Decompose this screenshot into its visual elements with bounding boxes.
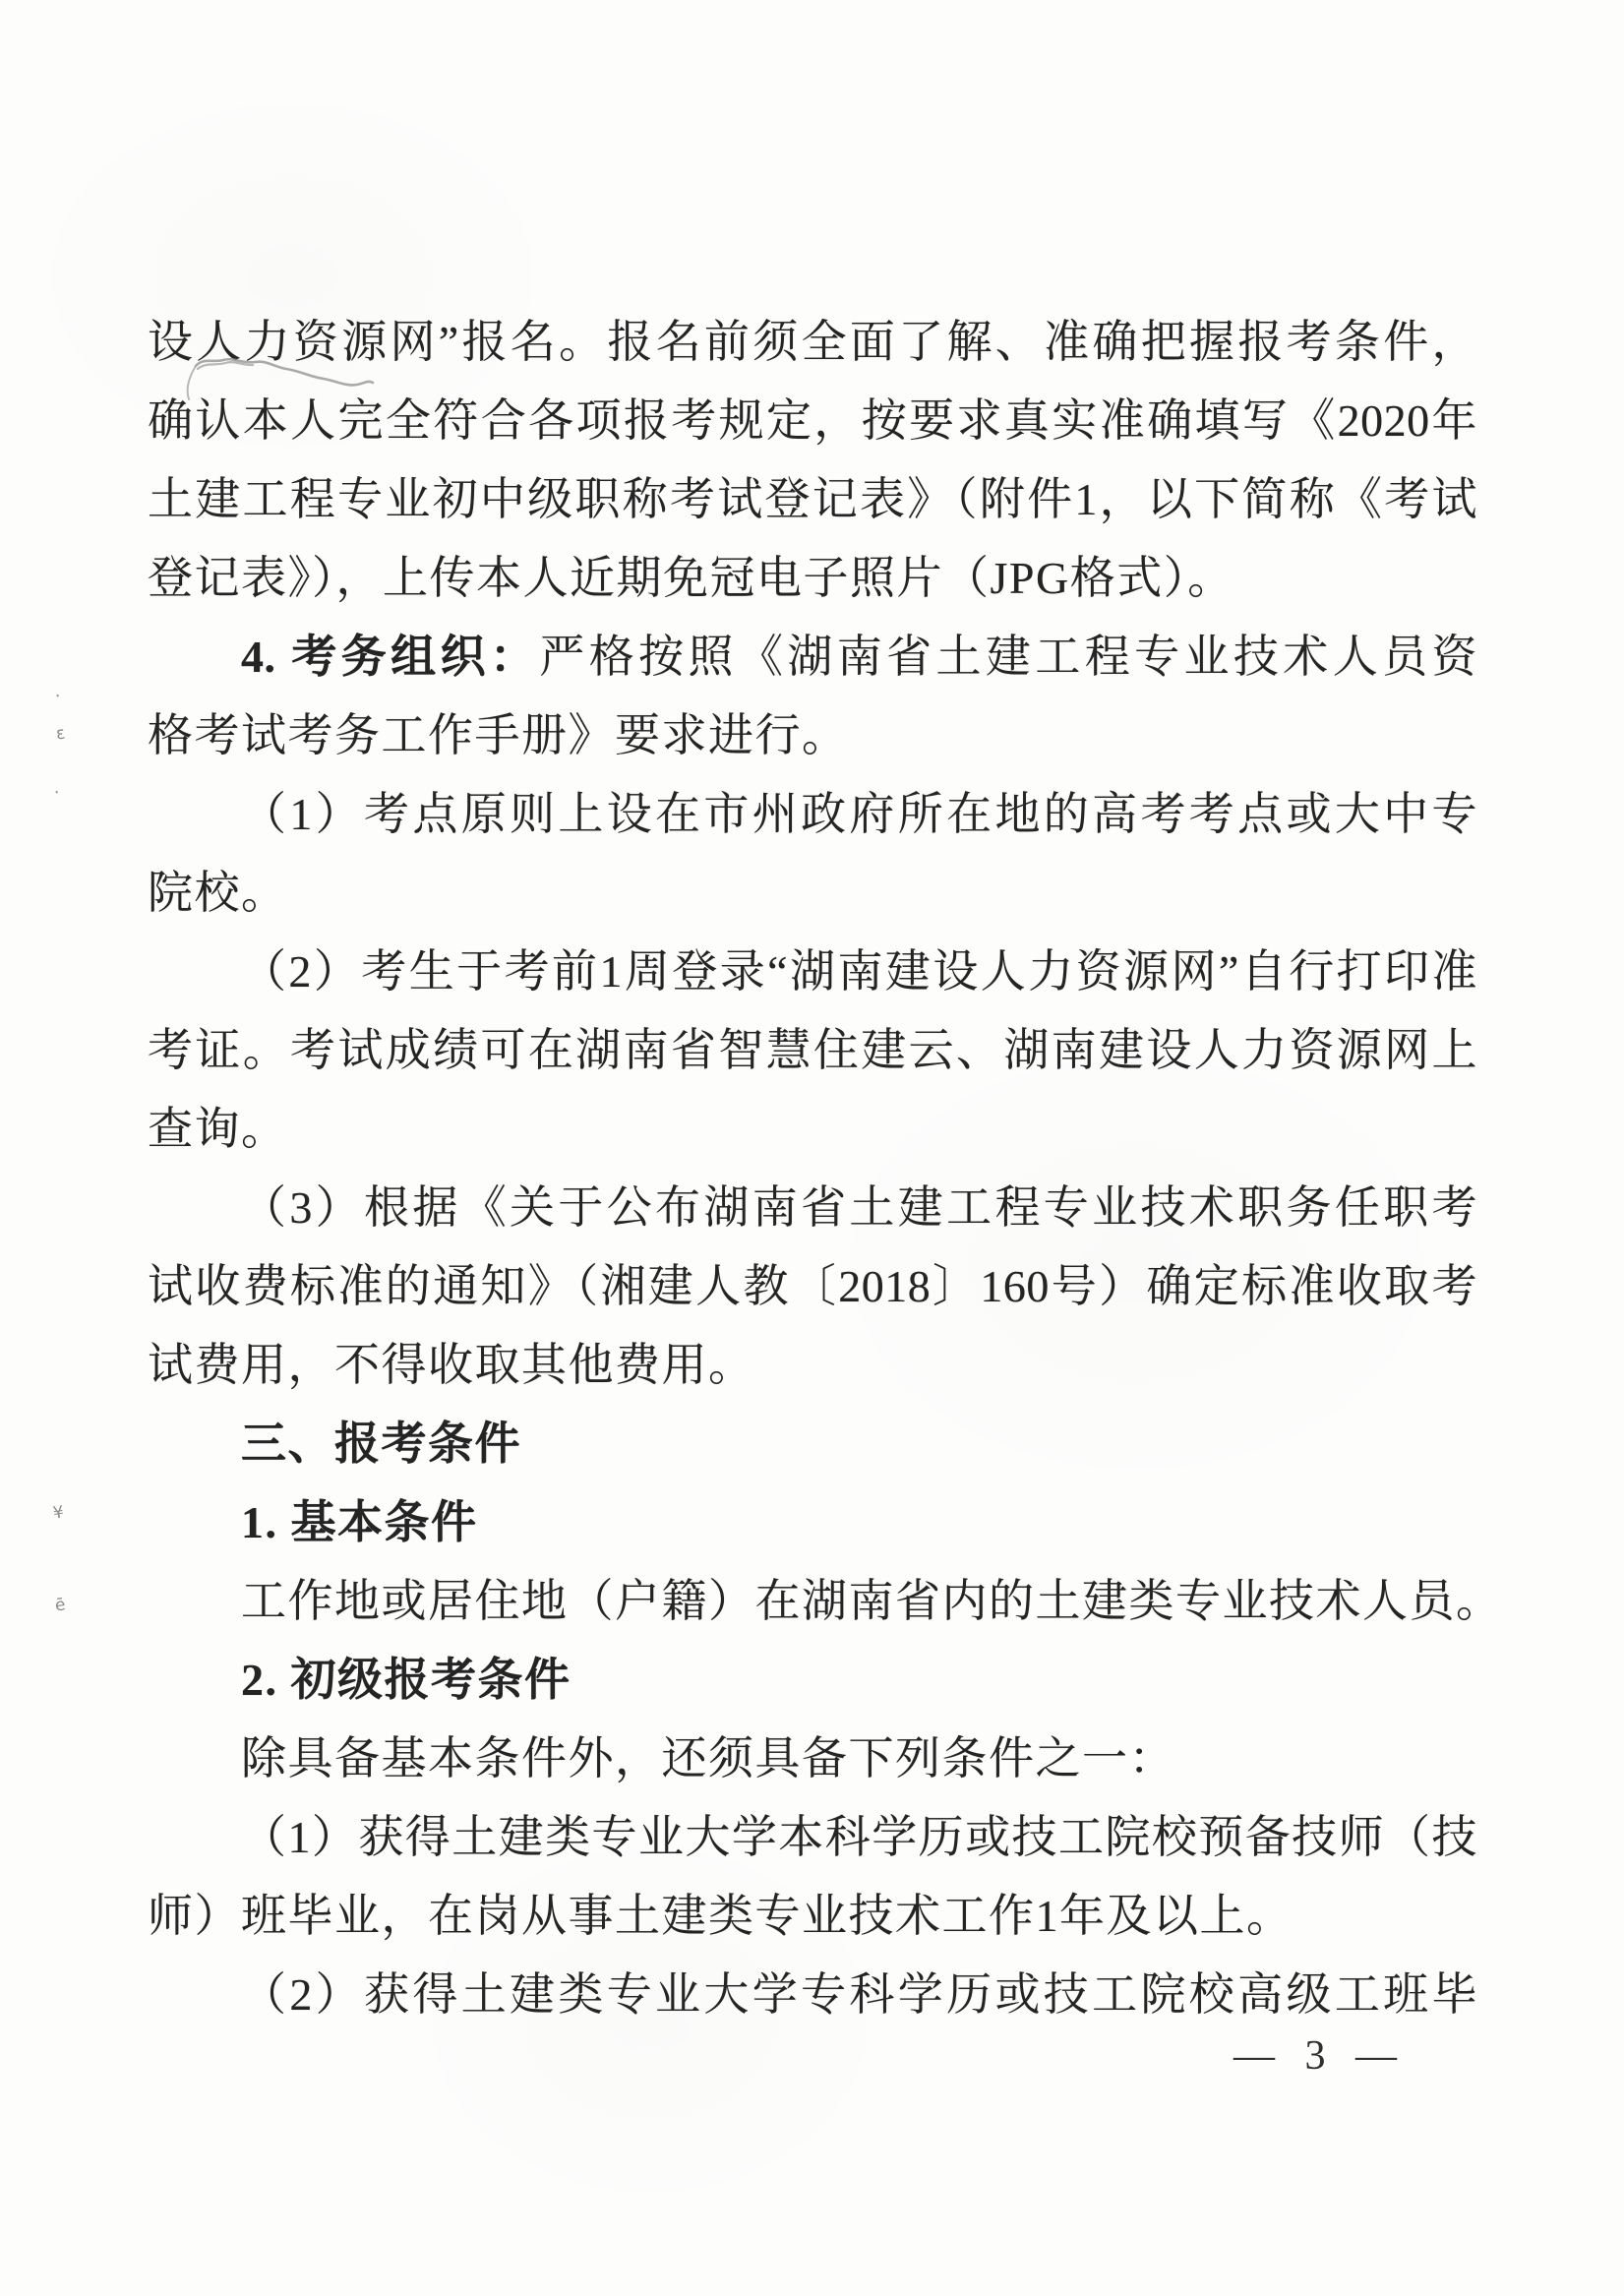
text-segment: （2）考生于考前1周登录“湖南建设人力资源网”自行打印准	[241, 946, 1477, 997]
bold-text-segment: 2. 初级报考条件	[241, 1655, 571, 1705]
text-line: 三、报考条件	[241, 1415, 521, 1493]
text-line: 院校。	[148, 864, 288, 942]
text-line: 确认本人完全符合各项报考规定，按要求真实准确填写《2020年	[148, 392, 1477, 470]
text-line: 师）班毕业，在岗从事土建类专业技术工作1年及以上。	[148, 1887, 1293, 1965]
bold-text-segment: 1. 基本条件	[241, 1497, 478, 1547]
text-segment: 查询。	[148, 1104, 288, 1154]
text-segment: 院校。	[148, 868, 288, 918]
text-line: 除具备基本条件外，还须具备下列条件之一：	[241, 1729, 1175, 1808]
text-line: 格考试考务工作手册》要求进行。	[148, 706, 849, 785]
text-segment: 师）班毕业，在岗从事土建类专业技术工作1年及以上。	[148, 1891, 1293, 1941]
text-segment: 工作地或居住地（户籍）在湖南省内的土建类专业技术人员。	[241, 1576, 1503, 1626]
text-line: 试费用，不得收取其他费用。	[148, 1336, 755, 1415]
text-line: （3）根据《关于公布湖南省土建工程专业技术职务任职考	[241, 1178, 1477, 1257]
text-segment: 确认本人完全符合各项报考规定，按要求真实准确填写《2020年	[148, 395, 1477, 446]
margin-mark: ¥	[52, 1502, 66, 1523]
text-line: 试收费标准的通知》（湘建人教〔2018〕160号）确定标准收取考	[148, 1257, 1477, 1336]
text-line: （1）考点原则上设在市州政府所在地的高考考点或大中专	[241, 785, 1477, 864]
text-segment: 严格按照《湖南省土建工程专业技术人员资	[539, 632, 1477, 682]
text-line: 4. 考务组织：严格按照《湖南省土建工程专业技术人员资	[241, 628, 1477, 706]
text-segment: 试费用，不得收取其他费用。	[148, 1340, 755, 1390]
text-segment: 格考试考务工作手册》要求进行。	[148, 710, 849, 760]
document-text-block: 设人力资源网”报名。报名前须全面了解、准确把握报考条件，确认本人完全符合各项报考…	[0, 0, 1624, 2296]
text-line: 设人力资源网”报名。报名前须全面了解、准确把握报考条件，	[148, 313, 1477, 392]
text-line: （2）考生于考前1周登录“湖南建设人力资源网”自行打印准	[241, 942, 1477, 1021]
text-line: 1. 基本条件	[241, 1493, 478, 1572]
text-segment: 除具备基本条件外，还须具备下列条件之一：	[241, 1733, 1175, 1783]
text-segment: 考证。考试成绩可在湖南省智慧住建云、湖南建设人力资源网上	[148, 1025, 1477, 1075]
scanned-document-page: 设人力资源网”报名。报名前须全面了解、准确把握报考条件，确认本人完全符合各项报考…	[0, 0, 1624, 2296]
page-number: — 3 —	[1233, 2032, 1407, 2080]
text-line: 工作地或居住地（户籍）在湖南省内的土建类专业技术人员。	[241, 1572, 1503, 1651]
text-segment: 土建工程专业初中级职称考试登记表》（附件1，以下简称《考试	[148, 474, 1477, 524]
text-line: 登记表》），上传本人近期免冠电子照片（JPG格式）。	[148, 549, 1234, 628]
text-line: 土建工程专业初中级职称考试登记表》（附件1，以下简称《考试	[148, 470, 1477, 549]
text-line: （1）获得土建类专业大学本科学历或技工院校预备技师（技	[241, 1808, 1477, 1887]
text-line: 查询。	[148, 1100, 288, 1178]
text-line: 2. 初级报考条件	[241, 1651, 571, 1729]
text-segment: （3）根据《关于公布湖南省土建工程专业技术职务任职考	[241, 1182, 1477, 1233]
bold-text-segment: 4. 考务组织：	[241, 632, 539, 682]
text-segment: （2）获得土建类专业大学专科学历或技工院校高级工班毕	[241, 1969, 1477, 2020]
text-line: 考证。考试成绩可在湖南省智慧住建云、湖南建设人力资源网上	[148, 1021, 1477, 1100]
text-segment: 设人力资源网”报名。报名前须全面了解、准确把握报考条件，	[148, 317, 1477, 367]
text-segment: （1）获得土建类专业大学本科学历或技工院校预备技师（技	[241, 1812, 1477, 1862]
bold-text-segment: 三、报考条件	[241, 1419, 521, 1469]
text-segment: （1）考点原则上设在市州政府所在地的高考考点或大中专	[241, 789, 1477, 839]
text-segment: 试收费标准的通知》（湘建人教〔2018〕160号）确定标准收取考	[148, 1261, 1477, 1311]
text-segment: 登记表》），上传本人近期免冠电子照片（JPG格式）。	[148, 553, 1234, 603]
